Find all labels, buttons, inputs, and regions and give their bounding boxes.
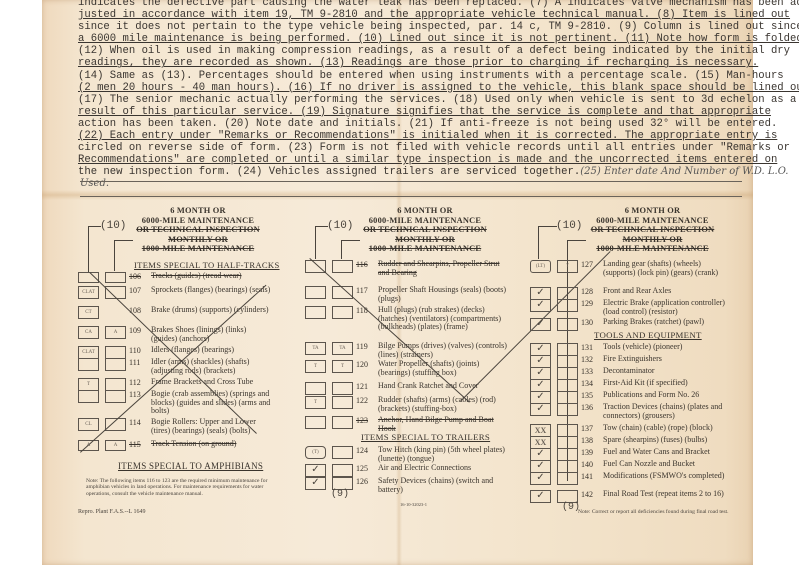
- item-row-106: 106Tracks (guides) (tread wear): [78, 272, 271, 283]
- section-title-half-tracks: ITEMS SPECIAL TO HALF-TRACKS: [134, 260, 280, 270]
- note-line: justed in accordance with item 19, TM 9-…: [78, 9, 740, 21]
- checkbox[interactable]: CLAT: [78, 286, 99, 299]
- checkbox[interactable]: TA: [332, 342, 353, 355]
- checkbox[interactable]: [557, 318, 578, 331]
- note-line: (2 men 20 hours - 40 man hours). (16) If…: [78, 82, 740, 94]
- note-line: (17) The senior mechanic actually perfor…: [78, 94, 740, 106]
- item-row-127: (LT)T 127Landing gear (shafts) (wheels) …: [530, 260, 733, 277]
- note-line: indicates the defective part causing the…: [78, 0, 740, 9]
- note-line: Recommendations" are completed or until …: [78, 154, 740, 166]
- checkbox-checked[interactable]: ✓: [530, 472, 551, 485]
- checkbox-checked[interactable]: ✓: [530, 490, 551, 503]
- column-half-tracks: 6 MONTH OR 6000-MILE MAINTENANCE OR TECH…: [78, 206, 288, 254]
- repro-footer: Repro. Plant F.A.S.--L 1649: [78, 509, 145, 515]
- checkbox-checked[interactable]: ✓: [305, 464, 326, 477]
- note-line: circled on reverse side of form. (23) Fo…: [78, 142, 740, 154]
- checkbox[interactable]: [305, 382, 326, 395]
- checkbox-checked[interactable]: ✓: [530, 318, 551, 331]
- item-row-108: CT 108Brake (drums) (supports) (cylinder…: [78, 306, 271, 319]
- checkbox[interactable]: CT: [78, 306, 99, 319]
- callout-10: (10): [327, 220, 353, 232]
- column-header: 6 MONTH OR 6000-MILE MAINTENANCE OR TECH…: [335, 206, 515, 254]
- item-row-141: ✓141Modifications (FSMWO's completed): [530, 472, 733, 485]
- column-trailers-tools: 6 MONTH OR 6000-MILE MAINTENANCE OR TECH…: [530, 206, 745, 254]
- checkbox[interactable]: [105, 390, 126, 403]
- item-row-123: 123Anchor, Hand Bilge Pump and Boat Hook: [305, 416, 508, 433]
- checkbox[interactable]: [557, 472, 578, 485]
- note-line: result of this particular service. (19) …: [78, 106, 740, 118]
- note-line: since it does not pertain to the type ve…: [78, 21, 740, 33]
- column-header: 6 MONTH OR 6000-MILE MAINTENANCE OR TECH…: [108, 206, 288, 254]
- checkbox[interactable]: [305, 306, 326, 319]
- checkbox[interactable]: [78, 358, 99, 371]
- item-row-118: 118Hull (plugs) (rub strakes) (decks) (h…: [305, 306, 508, 332]
- checkbox[interactable]: [557, 403, 578, 416]
- checkbox[interactable]: [557, 299, 578, 312]
- note-line: (14) Same as (13). Percentages should be…: [78, 70, 740, 82]
- checkbox-checked[interactable]: ✓: [530, 403, 551, 416]
- section-title-trailers: ITEMS SPECIAL TO TRAILERS: [361, 432, 490, 442]
- checkbox[interactable]: [332, 260, 353, 273]
- checkbox[interactable]: CA: [78, 326, 99, 339]
- item-row-136: ✓136Traction Devices (chains) (plates an…: [530, 403, 733, 420]
- checkbox[interactable]: [105, 272, 126, 283]
- arrow-line: [114, 240, 133, 271]
- arrow-line: [88, 226, 101, 272]
- section-title-amphibians: ITEMS SPECIAL TO AMPHIBIANS: [118, 461, 263, 471]
- checkbox[interactable]: A: [105, 326, 126, 339]
- note-line: (12) When oil is used in making compress…: [78, 45, 740, 57]
- column-header: 6 MONTH OR 6000-MILE MAINTENANCE OR TECH…: [560, 206, 745, 254]
- checkbox[interactable]: T: [305, 396, 326, 409]
- road-test-note: Note: Correct or report all deficiencies…: [578, 509, 743, 515]
- section-title-tools: TOOLS AND EQUIPMENT: [594, 330, 702, 340]
- rule-line: [80, 181, 742, 182]
- note-line-text: the new inspection form. (24) Vehicles a…: [78, 166, 580, 178]
- checkbox[interactable]: [332, 416, 353, 429]
- checkbox[interactable]: [332, 396, 353, 409]
- checkbox[interactable]: (LT): [530, 260, 551, 273]
- callout-10: (10): [556, 220, 582, 232]
- note-line: action has been taken. (20) Note date an…: [78, 118, 740, 130]
- checkbox[interactable]: [78, 390, 99, 403]
- handwritten-note-25: (25) Enter date And Number of W.D. L.O.: [580, 166, 788, 177]
- checkbox[interactable]: T: [557, 260, 578, 273]
- arrow-line: [315, 226, 328, 259]
- checkbox-checked[interactable]: ✓: [530, 299, 551, 312]
- checkbox-checked[interactable]: ✓: [305, 477, 326, 490]
- item-row-142: ✓142Final Road Test (repeat items 2 to 1…: [530, 490, 733, 503]
- checkbox[interactable]: A: [105, 440, 126, 451]
- item-row-124: (T) 124Tow Hitch (king pin) (5th wheel p…: [305, 446, 508, 463]
- checkbox[interactable]: [332, 464, 353, 477]
- checkbox[interactable]: T: [305, 360, 326, 373]
- item-row-113: 113Bogie (crab assemblies) (springs and …: [78, 390, 271, 416]
- checkbox[interactable]: [305, 286, 326, 299]
- item-row-115: AA 115Track Tension (on ground): [78, 440, 271, 451]
- amphibian-note: Note: The following items 116 to 123 are…: [86, 478, 286, 497]
- item-row-109: CAA 109Brakes Shoes (linings) (links) (g…: [78, 326, 271, 343]
- arrow-line: [341, 240, 360, 259]
- checkbox[interactable]: TA: [305, 342, 326, 355]
- checkbox[interactable]: (T): [305, 446, 326, 459]
- checkbox[interactable]: [305, 416, 326, 429]
- callout-10: (10): [100, 220, 126, 232]
- note-line: a 6000 mile maintenance is being perform…: [78, 33, 740, 45]
- instruction-notes: indicates the defective part causing the…: [78, 0, 740, 191]
- checkbox[interactable]: [332, 382, 353, 395]
- item-row-116: 116Rudder and Shearpins, Propeller Strut…: [305, 260, 508, 277]
- note-line: the new inspection form. (24) Vehicles a…: [78, 166, 740, 178]
- column-amphibians-trailers: 6 MONTH OR 6000-MILE MAINTENANCE OR TECH…: [305, 206, 515, 254]
- checkbox[interactable]: [332, 306, 353, 319]
- item-row-120: TT 120Water Propeller (shafts) (joints) …: [305, 360, 508, 377]
- checkbox[interactable]: CL: [78, 418, 99, 431]
- item-row-129: ✓ 129Electric Brake (application control…: [530, 299, 733, 316]
- item-row-122: T 122Rudder (shafts) (arms) (cables) (ro…: [305, 396, 508, 413]
- arrow-line: [538, 226, 557, 259]
- item-row-117: 117Propeller Shaft Housings (seals) (boo…: [305, 286, 508, 303]
- print-code: 16-10-32023-1: [400, 502, 427, 507]
- note-line: (22) Each entry under "Remarks or Recomm…: [78, 130, 740, 142]
- callout-9: (9): [331, 489, 349, 500]
- checkbox[interactable]: [332, 446, 353, 459]
- checkbox[interactable]: [105, 358, 126, 371]
- rule-line: [80, 196, 742, 197]
- note-line: readings, they are recorded as shown. (1…: [78, 57, 740, 69]
- checkbox[interactable]: T: [332, 360, 353, 373]
